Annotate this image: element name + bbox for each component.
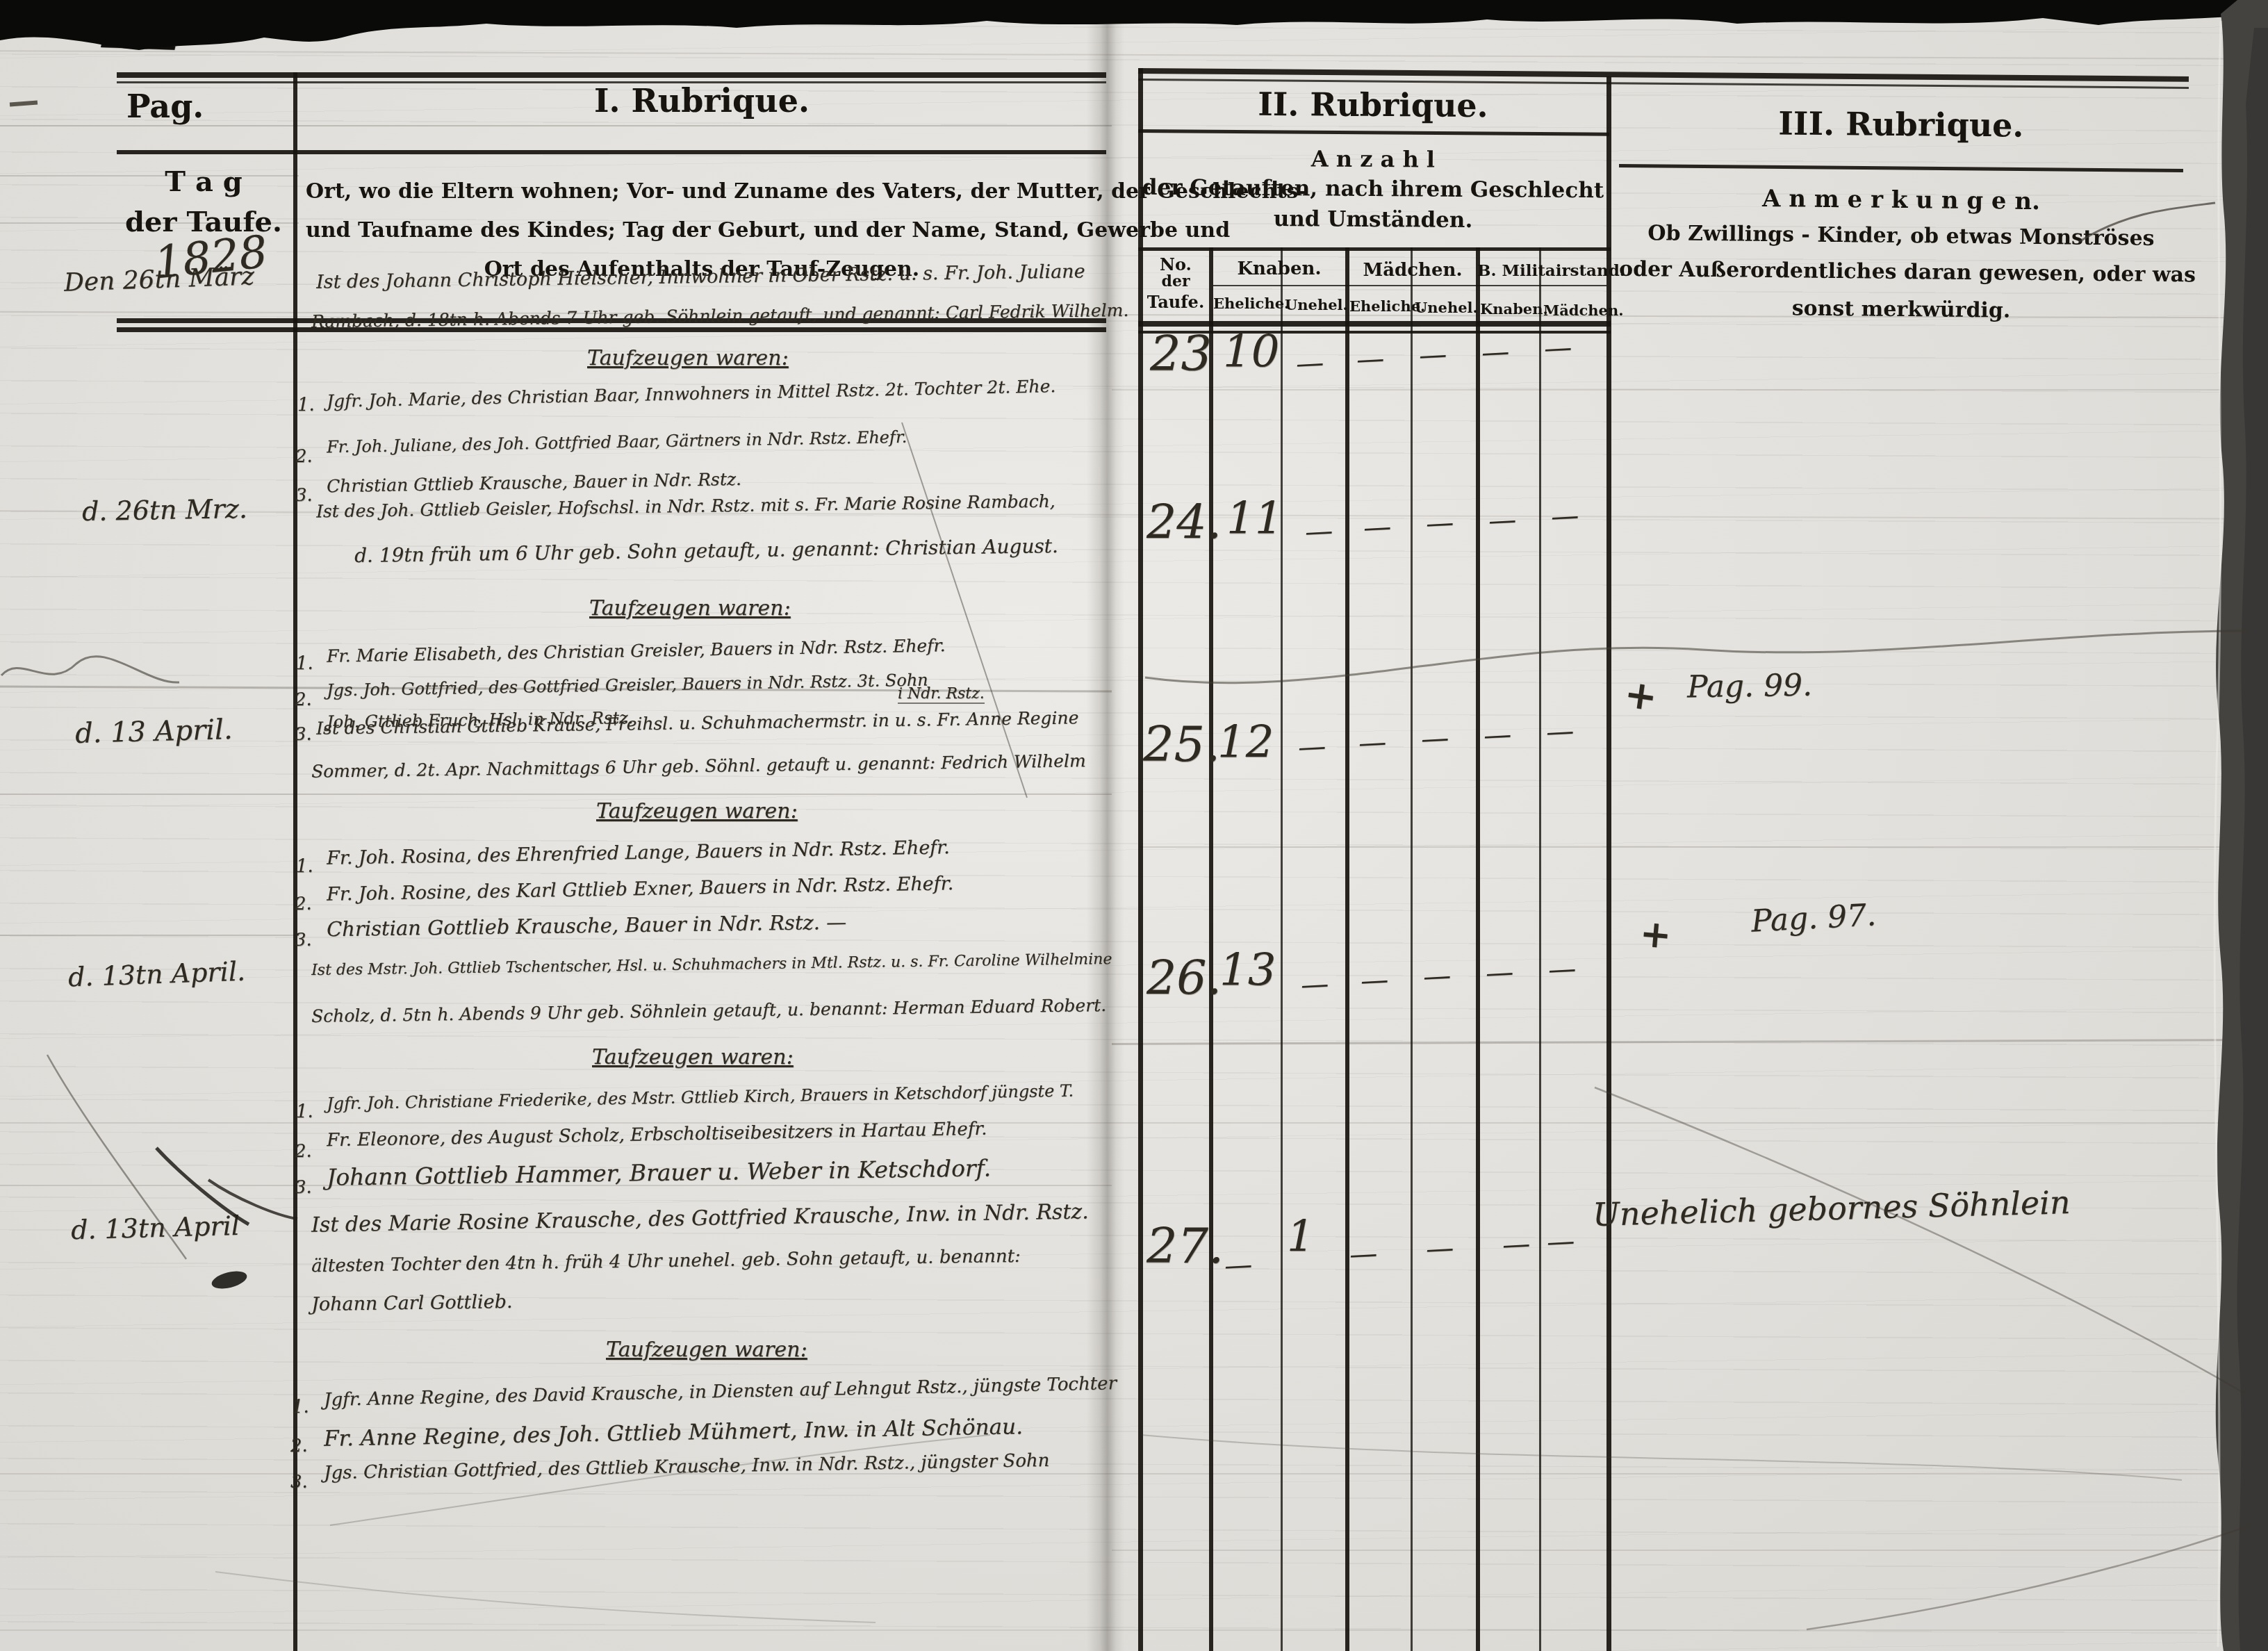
witness-line: Christian Gttlieb Krausche, Bauer in Ndr… [327,469,741,496]
tally-militair-maedchen: — [1546,1225,1575,1258]
tally-no: 27. [1147,1217,1224,1274]
tally-knaben-unehel: — [1295,347,1324,380]
scan-line [1140,846,2268,848]
entry-main-line: Sommer, d. 2t. Apr. Nachmittags 6 Uhr ge… [311,750,1086,782]
witness-number: 2. [295,446,313,467]
book-edge-texture [2237,28,2268,1651]
annotation-text: Pag. 99. [1687,667,1813,705]
table-rule [1619,164,2183,172]
rubrique3-desc-line3: sonst merkwürdig. [1619,295,2183,325]
col-sub-maedchen-eheliche: Eheliche. [1349,297,1411,315]
scan-line [0,125,1112,126]
tally-knaben-unehel: — [1297,730,1326,764]
scratch-line [902,422,1027,798]
tally-maedchen-eheliche: — [1363,511,1392,544]
rubrique3-desc-line1: Ob Zwillings - Kinder, ob etwas Monströs… [1619,221,2183,252]
corner-mark: 11 [96,0,188,65]
col-group-knaben: Knaben. [1213,258,1345,279]
scan-line [1112,389,2268,391]
tally-maedchen-eheliche: — [1356,343,1385,376]
tally-knaben-eheliche: 10 [1223,327,1279,378]
witness-number: 1. [296,1101,313,1122]
tally-knaben-unehel: — [1300,968,1329,1001]
entry-main-line: Ist des Mstr. Joh. Gttlieb Tschentscher,… [311,951,1112,979]
taufzeugen-heading: Taufzeugen waren: [592,1045,794,1069]
tally-militair-maedchen: — [1545,715,1575,748]
entry-date: d. 13tn April [70,1210,240,1245]
col-sub-knaben-unehel: Unehel. [1285,296,1345,313]
rubrique2-desc-line2: der Getauften, nach ihrem Geschlecht [1138,175,1608,204]
tally-knaben-unehel: 1 [1287,1210,1314,1261]
torn-top-edge [0,0,2268,50]
table-rule [117,327,1106,332]
scan-line [0,1122,2268,1124]
entry-date: d. 13tn April. [67,956,245,993]
witness-line: Fr. Anne Regine, des Joh. Gttlieb Mühmer… [324,1414,1023,1452]
col-group-maedchen: Mädchen. [1349,260,1476,281]
scan-line [0,50,2268,59]
witness-number: 3. [290,1472,308,1493]
taufzeugen-heading: Taufzeugen waren: [587,346,789,370]
col-sub-knaben-eheliche: Eheliche. [1213,295,1281,312]
rubrique2-title: II. Rubrique. [1138,85,1608,126]
table-rule [117,72,1106,78]
entry-main-line: Ist des Marie Rosine Krausche, des Gottf… [311,1199,1089,1238]
witness-line: Jgfr. Anne Regine, des David Krausche, i… [324,1373,1117,1411]
tally-militair-knaben: — [1485,956,1514,989]
witness-line: Fr. Joh. Rosine, des Karl Gttlieb Exner,… [327,873,954,905]
table-rule [117,150,1106,154]
table-rule-vertical [1476,247,1480,1651]
rubrique3-heading: A n m e r k u n g e n. [1619,183,2183,217]
col-sub-militair-maedchen: Mädchen. [1543,302,1606,319]
witness-line: Jgfr. Joh. Marie, des Christian Baar, In… [327,376,1056,411]
book-edge-band [2216,0,2268,1651]
witness-line: Fr. Joh. Juliane, des Joh. Gottfried Baa… [327,427,907,457]
interlinear-insert: i Ndr. Rstz. [898,685,985,704]
witness-line: Jgs. Christian Gottfried, des Gttlieb Kr… [324,1450,1050,1484]
table-rule-vertical [1411,247,1413,1651]
entry-main-line: Johann Carl Gottlieb. [311,1291,513,1315]
table-rule-vertical [1345,247,1349,1651]
book-edge-highlight [2214,21,2221,1647]
pag-label: Pag. [126,88,204,125]
witness-number: 1. [296,856,313,877]
witness-number: 1. [292,1397,309,1418]
tally-no: 26. [1147,951,1222,1005]
taufzeugen-heading: Taufzeugen waren: [589,596,791,621]
witness-line: Fr. Joh. Rosina, des Ehrenfried Lange, B… [327,837,950,869]
tally-knaben-eheliche: 11 [1226,493,1283,545]
rubrique3-title: III. Rubrique. [1619,103,2183,145]
witness-number: 1. [296,653,313,674]
col-no-line1: No. [1142,254,1209,274]
annotation-cross: + [1622,671,1661,721]
tally-no: 25. [1143,716,1220,773]
witness-line: Jgfr. Joh. Christiane Friederike, des Ms… [327,1081,1074,1114]
col-no-line2: der [1142,272,1209,290]
entry-main-line: Ist des Joh. Gttlieb Geisler, Hofschsl. … [316,491,1055,522]
col-sub-maedchen-unehel: Unehel. [1415,299,1476,316]
witness-number: 2. [295,689,312,710]
scratch-line [215,1572,876,1623]
witness-number: 3. [295,1177,312,1198]
annotation-text: Pag. 97. [1750,897,1877,939]
scan-line [0,1629,2268,1631]
tally-militair-maedchen: — [1547,953,1577,986]
annotation-text: Unehelich gebornes Söhnlein [1592,1183,2071,1233]
entry-main-line: Scholz, d. 5tn h. Abends 9 Uhr geb. Söhn… [311,995,1107,1026]
tally-maedchen-eheliche: — [1349,1238,1378,1271]
witness-line: Jgs. Joh. Gottfried, des Gottfried Greis… [327,670,928,700]
entry-date: d. 13 April. [74,714,233,750]
witness-number: 2. [290,1436,308,1456]
book-fold-shadow [1087,0,1124,1651]
tally-maedchen-eheliche: — [1360,964,1389,997]
tally-militair-knaben: — [1488,504,1517,537]
rubrique1-desc-line2: und Taufname des Kindes; Tag der Geburt,… [306,218,1098,243]
tag-header-line1: T a g [117,165,290,198]
taufzeugen-heading: Taufzeugen waren: [596,799,798,823]
entry-main-line: ältesten Tochter den 4tn h. früh 4 Uhr u… [311,1246,1021,1276]
tally-maedchen-eheliche: — [1358,726,1387,759]
tally-militair-maedchen: — [1543,331,1572,365]
scan-line [1112,1550,2268,1551]
scan-line [0,935,299,936]
witness-number: 3. [295,930,312,951]
entry-date: d. 26tn Mrz. [82,493,248,527]
col-sub-militair-knaben: Knaben. [1480,300,1539,318]
witness-number: 3. [295,485,313,506]
tally-knaben-eheliche: 12 [1217,717,1274,769]
witness-number: 1. [297,395,315,416]
scratch-line [1595,1087,2244,1393]
tally-maedchen-unehel: — [1425,507,1454,540]
rubrique1-desc-line1: Ort, wo die Eltern wohnen; Vor- und Zuna… [306,179,1098,204]
tally-militair-knaben: — [1481,336,1510,369]
tally-no: 24. [1147,495,1222,550]
taufzeugen-heading: Taufzeugen waren: [606,1338,807,1362]
rubrique1-title: I. Rubrique. [297,82,1106,120]
table-rule [1138,129,1609,136]
scan-line [1112,1039,2268,1045]
witness-line: Christian Gottlieb Krausche, Bauer in Nd… [327,910,847,941]
margin-ink-dash [10,101,38,107]
witness-number: 2. [295,894,312,914]
col-group-militairstand: B. Militairstand. [1477,261,1606,280]
tally-militair-knaben: — [1483,718,1512,752]
tally-militair-knaben: — [1502,1228,1531,1261]
witness-line: Fr. Marie Elisabeth, des Christian Greis… [327,635,946,666]
ink-blob [210,1268,249,1292]
entry-main-line: d. 19tn früh um 6 Uhr geb. Sohn getauft,… [354,534,1058,567]
tally-knaben-unehel: — [1304,515,1333,548]
scratch-line [1807,1525,2251,1629]
col-no-line3: Taufe. [1142,292,1209,312]
rubrique2-desc-line3: und Umständen. [1138,206,1608,234]
rubrique3-desc-line2: oder Außerordentliches daran gewesen, od… [1619,257,2183,288]
table-rule-vertical [1209,247,1213,1651]
annotation-cross: + [1638,910,1673,958]
tally-militair-maedchen: — [1550,500,1579,533]
scan-line [0,794,1112,795]
church-register-scan: Pag. I. Rubrique. T a g der Taufe. 1828 … [0,0,2268,1651]
table-rule-vertical [1281,247,1283,1651]
scratch-line [1,657,179,682]
tally-knaben-eheliche: 13 [1219,945,1276,996]
witness-number: 2. [295,1141,312,1162]
tally-maedchen-unehel: — [1425,1232,1454,1265]
tally-maedchen-unehel: — [1418,338,1447,372]
witness-number: 3. [295,724,312,745]
rubrique2-desc-line1: A n z a h l [1138,145,1608,174]
table-rule-vertical [1539,247,1541,1651]
table-rule [1213,285,1606,286]
tally-maedchen-unehel: — [1420,722,1449,755]
tally-maedchen-unehel: — [1422,960,1452,993]
tally-no: 23 [1150,325,1212,382]
tally-knaben-eheliche: — [1224,1249,1253,1282]
entry-date: Den 26tn März [63,262,254,297]
